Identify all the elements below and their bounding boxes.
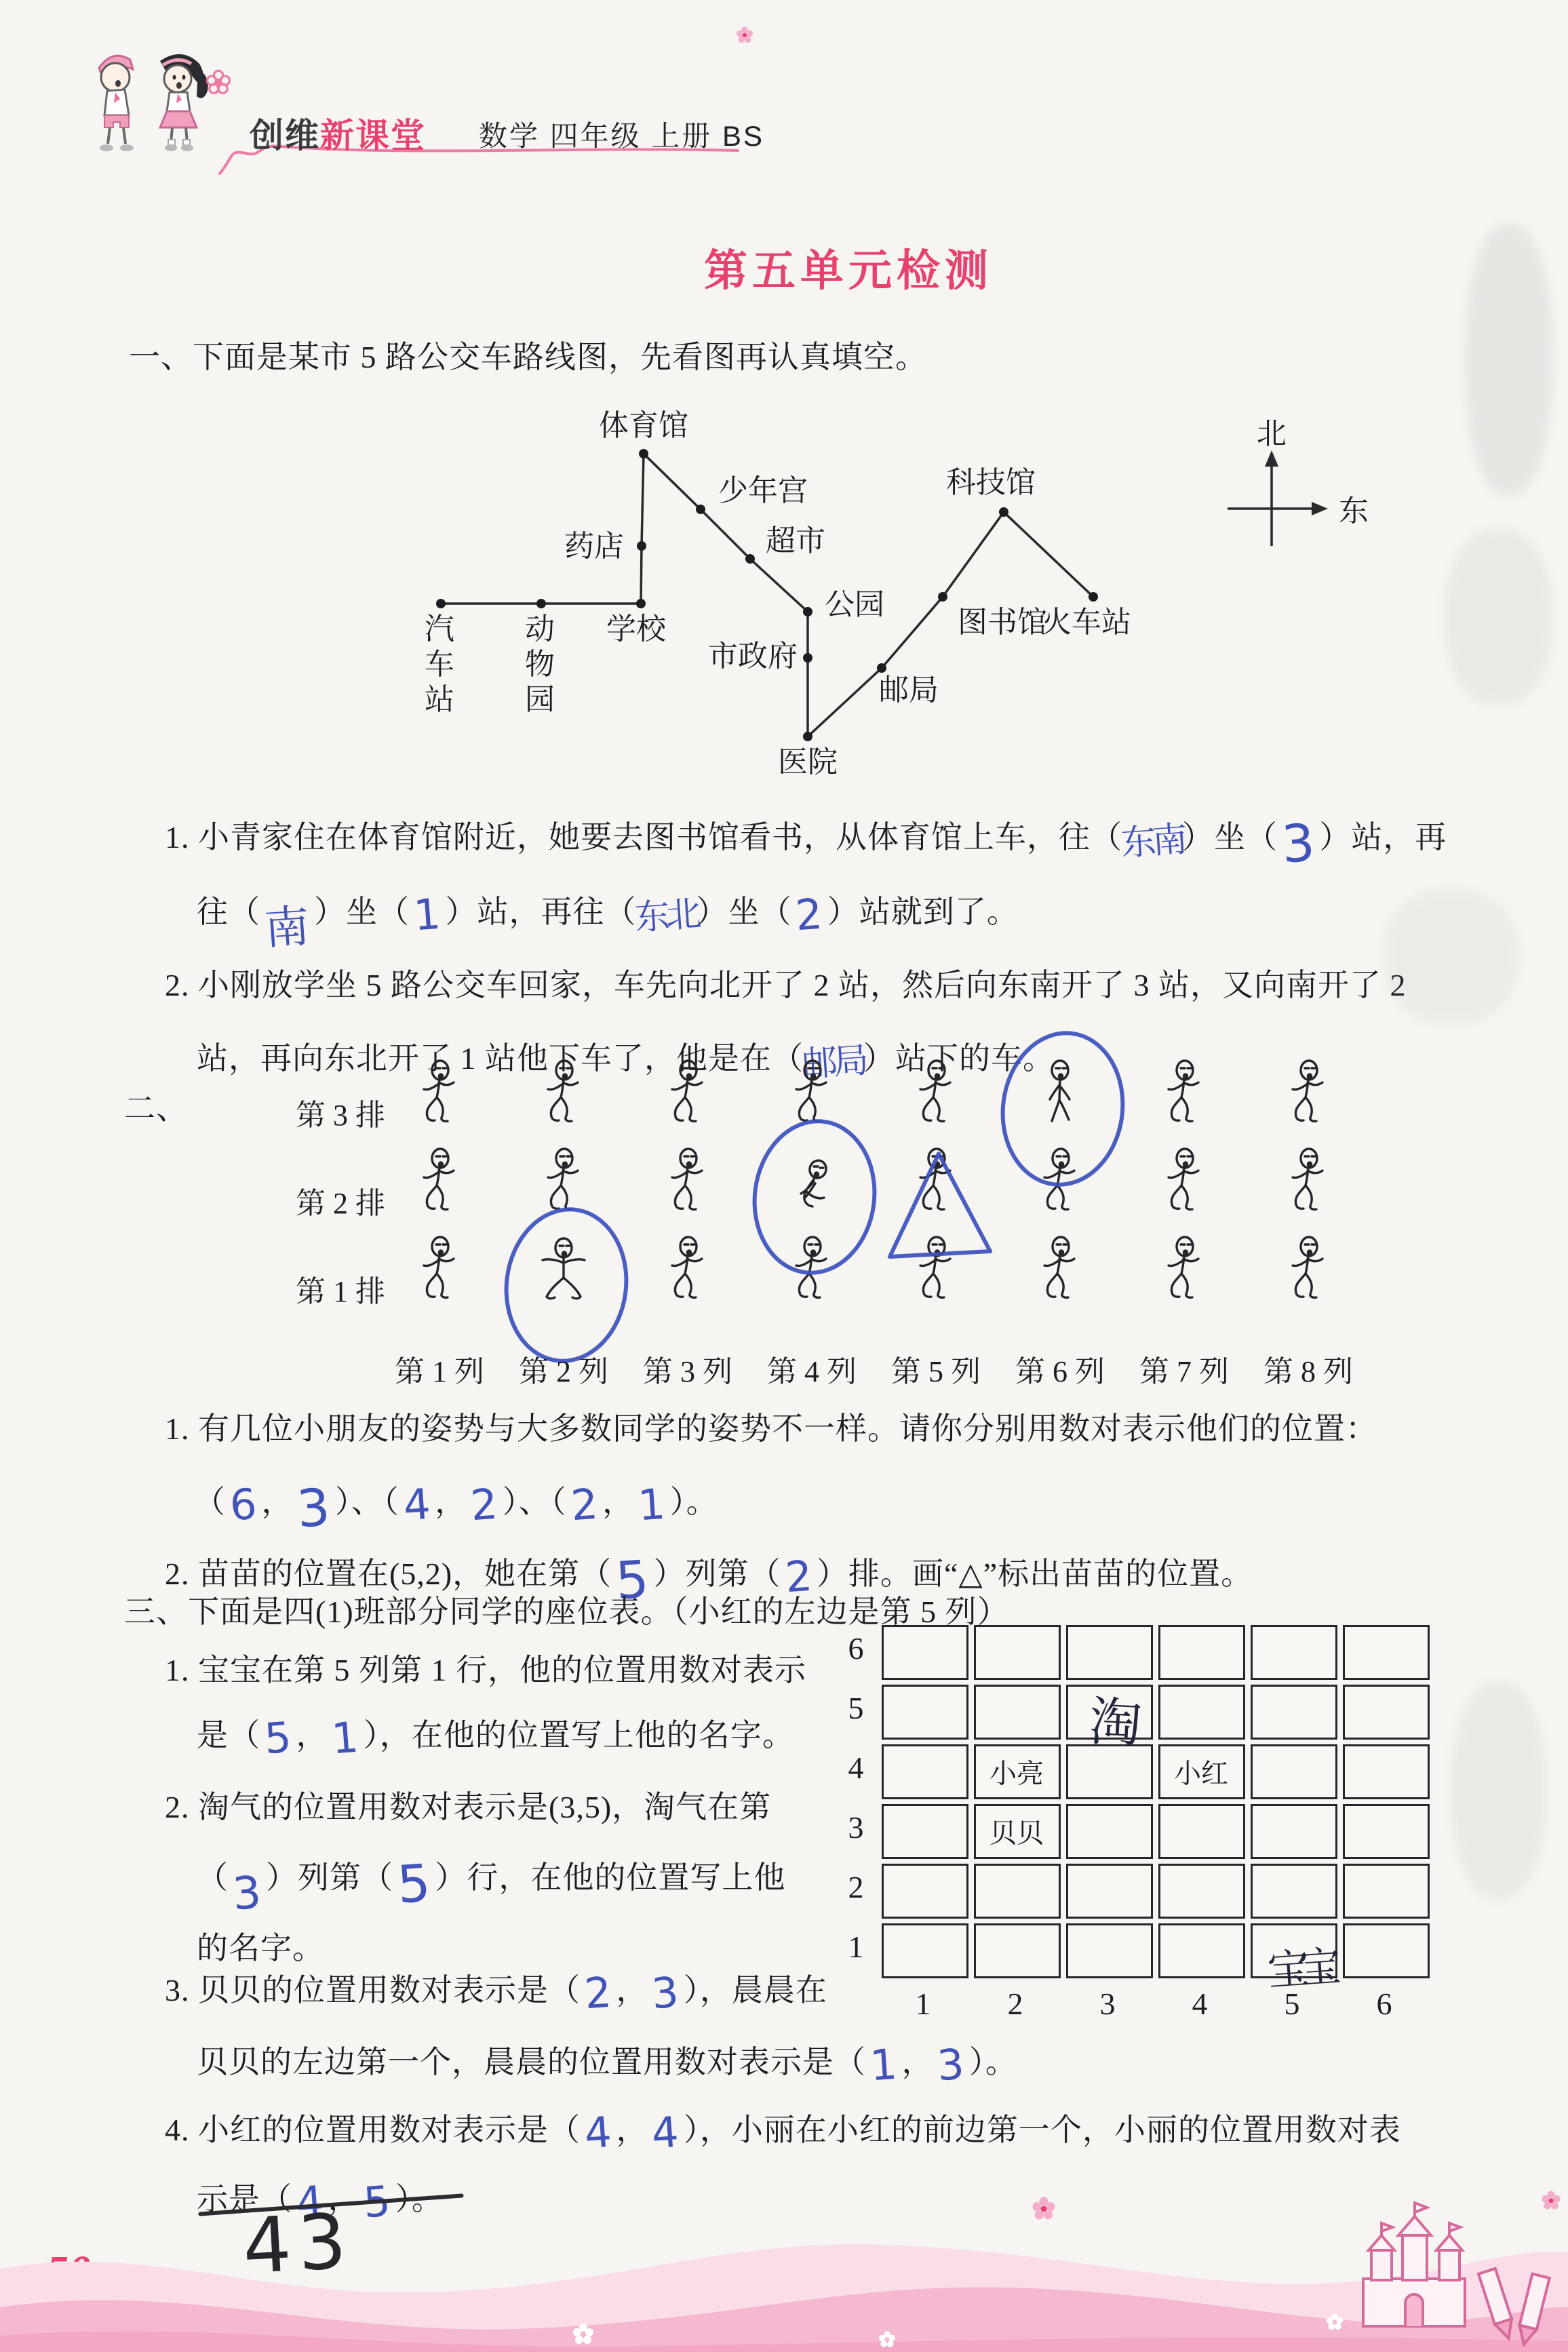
seat-grid-col-label: 1 [916, 1986, 931, 2022]
brand-logo-text: 创维新课堂 [250, 109, 426, 157]
answer-handwritten: 2 [471, 1504, 498, 1506]
answer-handwritten: 4 [652, 2132, 680, 2134]
q3-2-line3: 的名字。 [197, 1929, 324, 1968]
seat-cell [1251, 1804, 1337, 1859]
student-figure [796, 1237, 826, 1297]
seat-cell [974, 1685, 1061, 1740]
student-figure [796, 1061, 826, 1121]
seat-cell [1343, 1685, 1430, 1740]
map-station-label: 医院 [778, 745, 838, 779]
map-station-label: 邮局 [879, 673, 939, 707]
brand-pink-part: 新课堂 [320, 117, 426, 155]
q3-3-line2: 贝贝的左边第一个，晨晨的位置用数对表示是（1，3）。 [197, 2043, 1017, 2082]
student-figure [672, 1061, 702, 1121]
q3-1-line1: 1. 宝宝在第 5 列第 1 行，他的位置用数对表示 [165, 1651, 806, 1690]
figure-col-label: 第 8 列 [1247, 1347, 1369, 1390]
seat-cell [882, 1744, 968, 1799]
map-station-label: 学校 [606, 612, 667, 646]
q2-1-answers: （6，3）、（4，2）、（2，1）。 [194, 1483, 718, 1522]
q1-2-line1: 2. 小刚放学坐 5 路公交车回家，车先向北开了 2 站，然后向东南开了 3 站… [165, 966, 1407, 1005]
seat-cell [1251, 1625, 1337, 1680]
seat-grid-col-label: 2 [1008, 1986, 1023, 2022]
student-figure [424, 1149, 454, 1209]
figure-col-label: 第 5 列 [875, 1347, 997, 1390]
seat-cell [1343, 1625, 1430, 1680]
seat-cell [1251, 1864, 1337, 1919]
seat-grid-row-label: 6 [848, 1630, 864, 1666]
answer-handwritten: 1 [332, 1738, 359, 1740]
seat-cell [1158, 1864, 1245, 1919]
seat-cell [1158, 1804, 1245, 1859]
student-figure [1293, 1149, 1322, 1209]
answer-handwritten: 2 [796, 914, 823, 916]
answer-handwritten: 2 [785, 1576, 812, 1578]
student-figure [548, 1149, 578, 1209]
seat-cell [1066, 1923, 1153, 1978]
flower-icon [203, 68, 233, 98]
seating-chart: 小亮小红贝贝淘宝宝 [882, 1625, 1426, 1974]
map-station-label: 超市 [766, 524, 825, 557]
map-station-dot [639, 449, 648, 458]
map-station-dot [999, 507, 1008, 517]
answer-handwritten: 2 [571, 1504, 598, 1506]
answer-handwritten: 3 [938, 2064, 965, 2066]
seat-cell [1066, 1864, 1153, 1919]
q2-1-line1: 1. 有几位小朋友的姿势与大多数同学的姿势不一样。请你分别用数对表示他们的位置： [165, 1409, 1377, 1449]
answer-handwritten: 6 [230, 1504, 257, 1506]
student-figure [672, 1149, 702, 1209]
section1-heading: 一、下面是某市 5 路公交车路线图，先看图再认真填空。 [129, 338, 927, 377]
workbook-page: 创维新课堂 数学 四年级 上册 BS 第五单元检测 一、下面是某市 5 路公交车… [0, 0, 1568, 2352]
figure-col-label: 第 1 列 [378, 1347, 501, 1390]
student-figure [1044, 1149, 1074, 1209]
seat-cell [882, 1625, 968, 1680]
map-station-label: 市政府 [708, 640, 798, 673]
q2-2-line: 2. 苗苗的位置在(5,2)，她在第（5）列第（2）排。画“△”标出苗苗的位置。 [165, 1554, 1253, 1594]
compass-east-label: 东 [1339, 494, 1369, 528]
seat-grid-col-label: 5 [1285, 1986, 1300, 2022]
map-station-dot [696, 505, 705, 514]
answer-handwritten: 4 [404, 1504, 431, 1506]
student-figure [1169, 1237, 1198, 1297]
answer-handwritten: 南 [264, 926, 310, 930]
seat-cell [882, 1685, 968, 1740]
map-station-dot [803, 607, 812, 616]
seat-grid-row-label: 4 [848, 1750, 864, 1786]
figure-col-label: 第 4 列 [751, 1347, 873, 1390]
q3-1-line2: 是（5，1），在他的位置写上他的名字。 [197, 1716, 794, 1755]
page-showthrough-smudge [1451, 1682, 1546, 1899]
page-showthrough-smudge [1384, 888, 1519, 1024]
q1-1-line2: 往（南）坐（1）站，再往（东北）坐（2）站就到了。 [197, 893, 1019, 932]
pen-circle-mark [498, 1202, 635, 1368]
answer-handwritten: 1 [414, 914, 441, 916]
compass-north-arrow-icon [1265, 450, 1278, 467]
seat-cell [1066, 1625, 1153, 1680]
map-station-label: 火车站 [1042, 606, 1131, 639]
map-station-dot [636, 599, 646, 608]
map-station-dot [536, 599, 546, 608]
q3-2-line1: 2. 淘气的位置用数对表示是(3,5)，淘气在第 [165, 1788, 771, 1827]
answer-handwritten: 5 [264, 1738, 292, 1740]
seat-grid-row-label: 2 [848, 1869, 864, 1905]
seat-cell [882, 1923, 968, 1978]
answer-handwritten: 1 [638, 1504, 665, 1506]
student-figure [920, 1061, 950, 1121]
student-figure [1050, 1061, 1070, 1121]
seat-grid-col-label: 3 [1100, 1986, 1116, 2022]
castle-doodle [1363, 2203, 1465, 2326]
seat-cell [882, 1864, 968, 1919]
student-figure [1169, 1149, 1198, 1209]
compass: 北 东 [1228, 417, 1369, 546]
map-station-dot [877, 663, 886, 673]
bus-route-map: 北 东 汽车站动物园学校药店体育馆少年宫超市公园市政府医院邮局图书馆科技馆火车站 [190, 400, 1411, 793]
student-figure [1293, 1237, 1322, 1297]
seat-grid-row-label: 3 [848, 1809, 864, 1845]
seat-cell [1066, 1804, 1153, 1859]
seat-cell [974, 1864, 1061, 1919]
answer-handwritten: 1 [870, 2064, 897, 2066]
map-station-label: 汽车站 [425, 612, 454, 716]
seat-student-name: 小亮 [989, 1752, 1044, 1790]
q3-3-line1: 3. 贝贝的位置用数对表示是（2，3），晨晨在 [165, 1971, 827, 2010]
map-station-dot [938, 592, 947, 602]
seat-grid-col-label: 6 [1377, 1986, 1392, 2022]
brand-dark-part: 创维 [250, 117, 320, 155]
student-figure [1044, 1237, 1074, 1297]
student-figure [920, 1237, 950, 1297]
page-showthrough-smudge [1445, 529, 1553, 705]
answer-handwritten: 3 [1282, 842, 1315, 844]
seat-student-name-handwritten: 淘 [1087, 1679, 1144, 1758]
map-station-label: 图书馆 [958, 606, 1047, 639]
student-figure [1169, 1061, 1198, 1121]
page-showthrough-smudge [1465, 224, 1553, 495]
figure-col-label: 第 2 列 [503, 1347, 625, 1390]
map-station-label: 公园 [825, 588, 884, 621]
page-title: 第五单元检测 [704, 236, 993, 298]
map-station-label: 科技馆 [946, 466, 1036, 499]
map-station-dot [1089, 592, 1098, 602]
footer-decorative-band [0, 2136, 1568, 2352]
seat-grid-row-label: 5 [848, 1690, 864, 1726]
student-figure [1293, 1061, 1322, 1121]
figure-col-label: 第 7 列 [1123, 1347, 1245, 1390]
answer-handwritten: 东北 [635, 914, 698, 918]
figure-row-label: 第 3 排 [277, 1091, 385, 1134]
student-figure [801, 1158, 828, 1207]
student-figure [543, 1238, 585, 1299]
figure-col-label: 第 3 列 [627, 1347, 749, 1390]
seat-student-name: 小红 [1174, 1752, 1228, 1790]
answer-handwritten: 4 [585, 2132, 612, 2134]
map-station-dot [803, 653, 812, 663]
section3-heading: 三、下面是四(1)班部分同学的座位表。（小红的左边是第 5 列） [124, 1592, 1009, 1632]
flower-icon [734, 24, 756, 46]
student-figure [424, 1061, 454, 1121]
student-figure [672, 1237, 702, 1297]
answer-handwritten: 2 [585, 1993, 612, 1995]
map-station-dot [745, 554, 755, 564]
figure-row-label: 第 1 排 [277, 1267, 385, 1310]
map-station-dot [436, 599, 446, 608]
seat-grid-col-label: 4 [1192, 1986, 1208, 2022]
answer-handwritten: 3 [233, 1893, 262, 1895]
seat-cell [1251, 1744, 1337, 1799]
student-figures-diagram [271, 1017, 1424, 1397]
section2-label: 二、 [124, 1089, 188, 1129]
seat-cell [974, 1625, 1061, 1680]
answer-handwritten: 3 [298, 1507, 331, 1509]
answer-handwritten: 东南 [1121, 840, 1183, 844]
seat-cell [1343, 1744, 1430, 1799]
student-figure [424, 1237, 454, 1297]
map-station-label: 动物园 [525, 612, 555, 716]
seat-cell [1158, 1625, 1245, 1680]
map-station-label: 体育馆 [599, 409, 688, 442]
compass-north-label: 北 [1257, 417, 1287, 450]
seat-grid-row-label: 1 [848, 1929, 864, 1965]
seat-cell [1343, 1923, 1430, 1978]
figure-col-label: 第 6 列 [999, 1347, 1121, 1390]
student-figure [548, 1061, 578, 1121]
map-station-label: 药店 [564, 530, 624, 563]
answer-handwritten: 5 [397, 1883, 431, 1885]
seat-cell [1343, 1804, 1430, 1859]
seat-cell [1158, 1923, 1245, 1978]
seat-cell [974, 1923, 1061, 1978]
seat-cell [1251, 1685, 1337, 1740]
figure-row-label: 第 2 排 [277, 1179, 385, 1222]
answer-handwritten: 3 [652, 1993, 680, 1995]
seat-cell [1158, 1685, 1245, 1740]
header-subject: 数学 四年级 上册 BS [479, 114, 764, 155]
seat-cell [882, 1804, 968, 1859]
pen-triangle-mark [890, 1154, 990, 1257]
seat-cell [1343, 1864, 1430, 1919]
map-station-dot [637, 541, 646, 551]
map-station-label: 少年宫 [718, 474, 808, 507]
answer-handwritten: 5 [616, 1579, 649, 1581]
seat-student-name: 贝贝 [989, 1811, 1044, 1850]
q3-2-line2: （3）列第（5）行，在他的位置写上他 [197, 1858, 785, 1898]
map-station-dot [803, 732, 812, 741]
compass-east-arrow-icon [1312, 502, 1328, 515]
q1-1-line1: 1. 小青家住在体育馆附近，她要去图书馆看书，从体育馆上车，往（东南）坐（3）站… [165, 818, 1447, 857]
